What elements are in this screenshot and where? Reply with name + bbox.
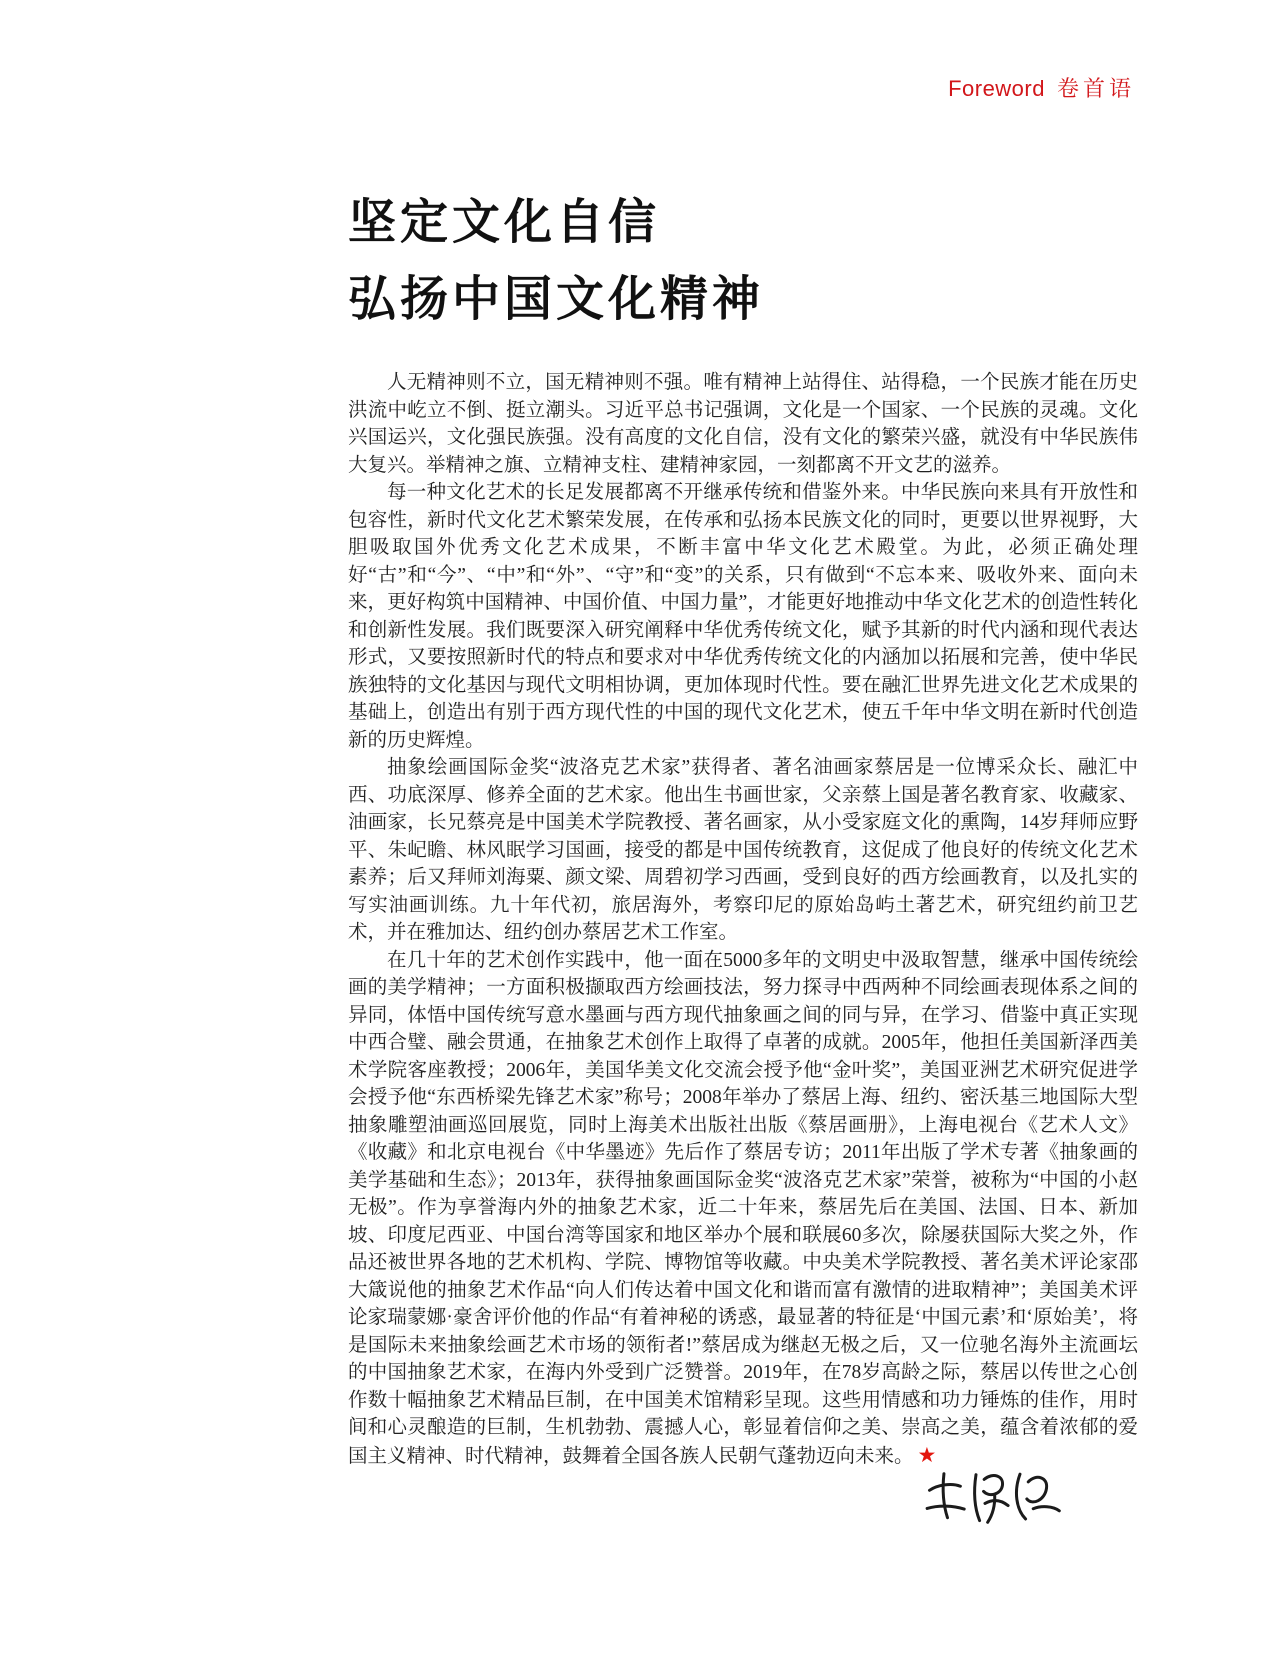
section-header-chinese: 卷首语 <box>1057 76 1135 101</box>
paragraph-4: 在几十年的艺术创作实践中，他一面在5000多年的文明史中汲取智慧，继承中国传统绘… <box>348 947 1138 1471</box>
paragraph-2: 每一种文化艺术的长足发展都离不开继承传统和借鉴外来。中华民族向来具有开放性和包容… <box>348 479 1138 754</box>
handwritten-signature <box>921 1459 1072 1547</box>
section-header: Foreword卷首语 <box>948 72 1135 103</box>
red-star-icon: ★ <box>914 1443 937 1467</box>
page-title-line2: 弘扬中国文化精神 <box>348 261 764 338</box>
article-body: 人无精神则不立，国无精神则不强。唯有精神上站得住、站得稳，一个民族才能在历史洪流… <box>348 369 1138 1470</box>
section-header-english: Foreword <box>948 76 1045 101</box>
paragraph-1: 人无精神则不立，国无精神则不强。唯有精神上站得住、站得稳，一个民族才能在历史洪流… <box>348 369 1138 479</box>
page-title-line1: 坚定文化自信 <box>348 184 764 261</box>
page-title: 坚定文化自信 弘扬中国文化精神 <box>348 184 764 338</box>
paragraph-3: 抽象绘画国际金奖“波洛克艺术家”获得者、著名油画家蔡居是一位博采众长、融汇中西、… <box>348 754 1138 947</box>
handwritten-signature-icon <box>921 1459 1072 1542</box>
magazine-foreword-page: Foreword卷首语 坚定文化自信 弘扬中国文化精神 人无精神则不立，国无精神… <box>0 0 1270 1654</box>
paragraph-4-text: 在几十年的艺术创作实践中，他一面在5000多年的文明史中汲取智慧，继承中国传统绘… <box>348 950 1138 1467</box>
